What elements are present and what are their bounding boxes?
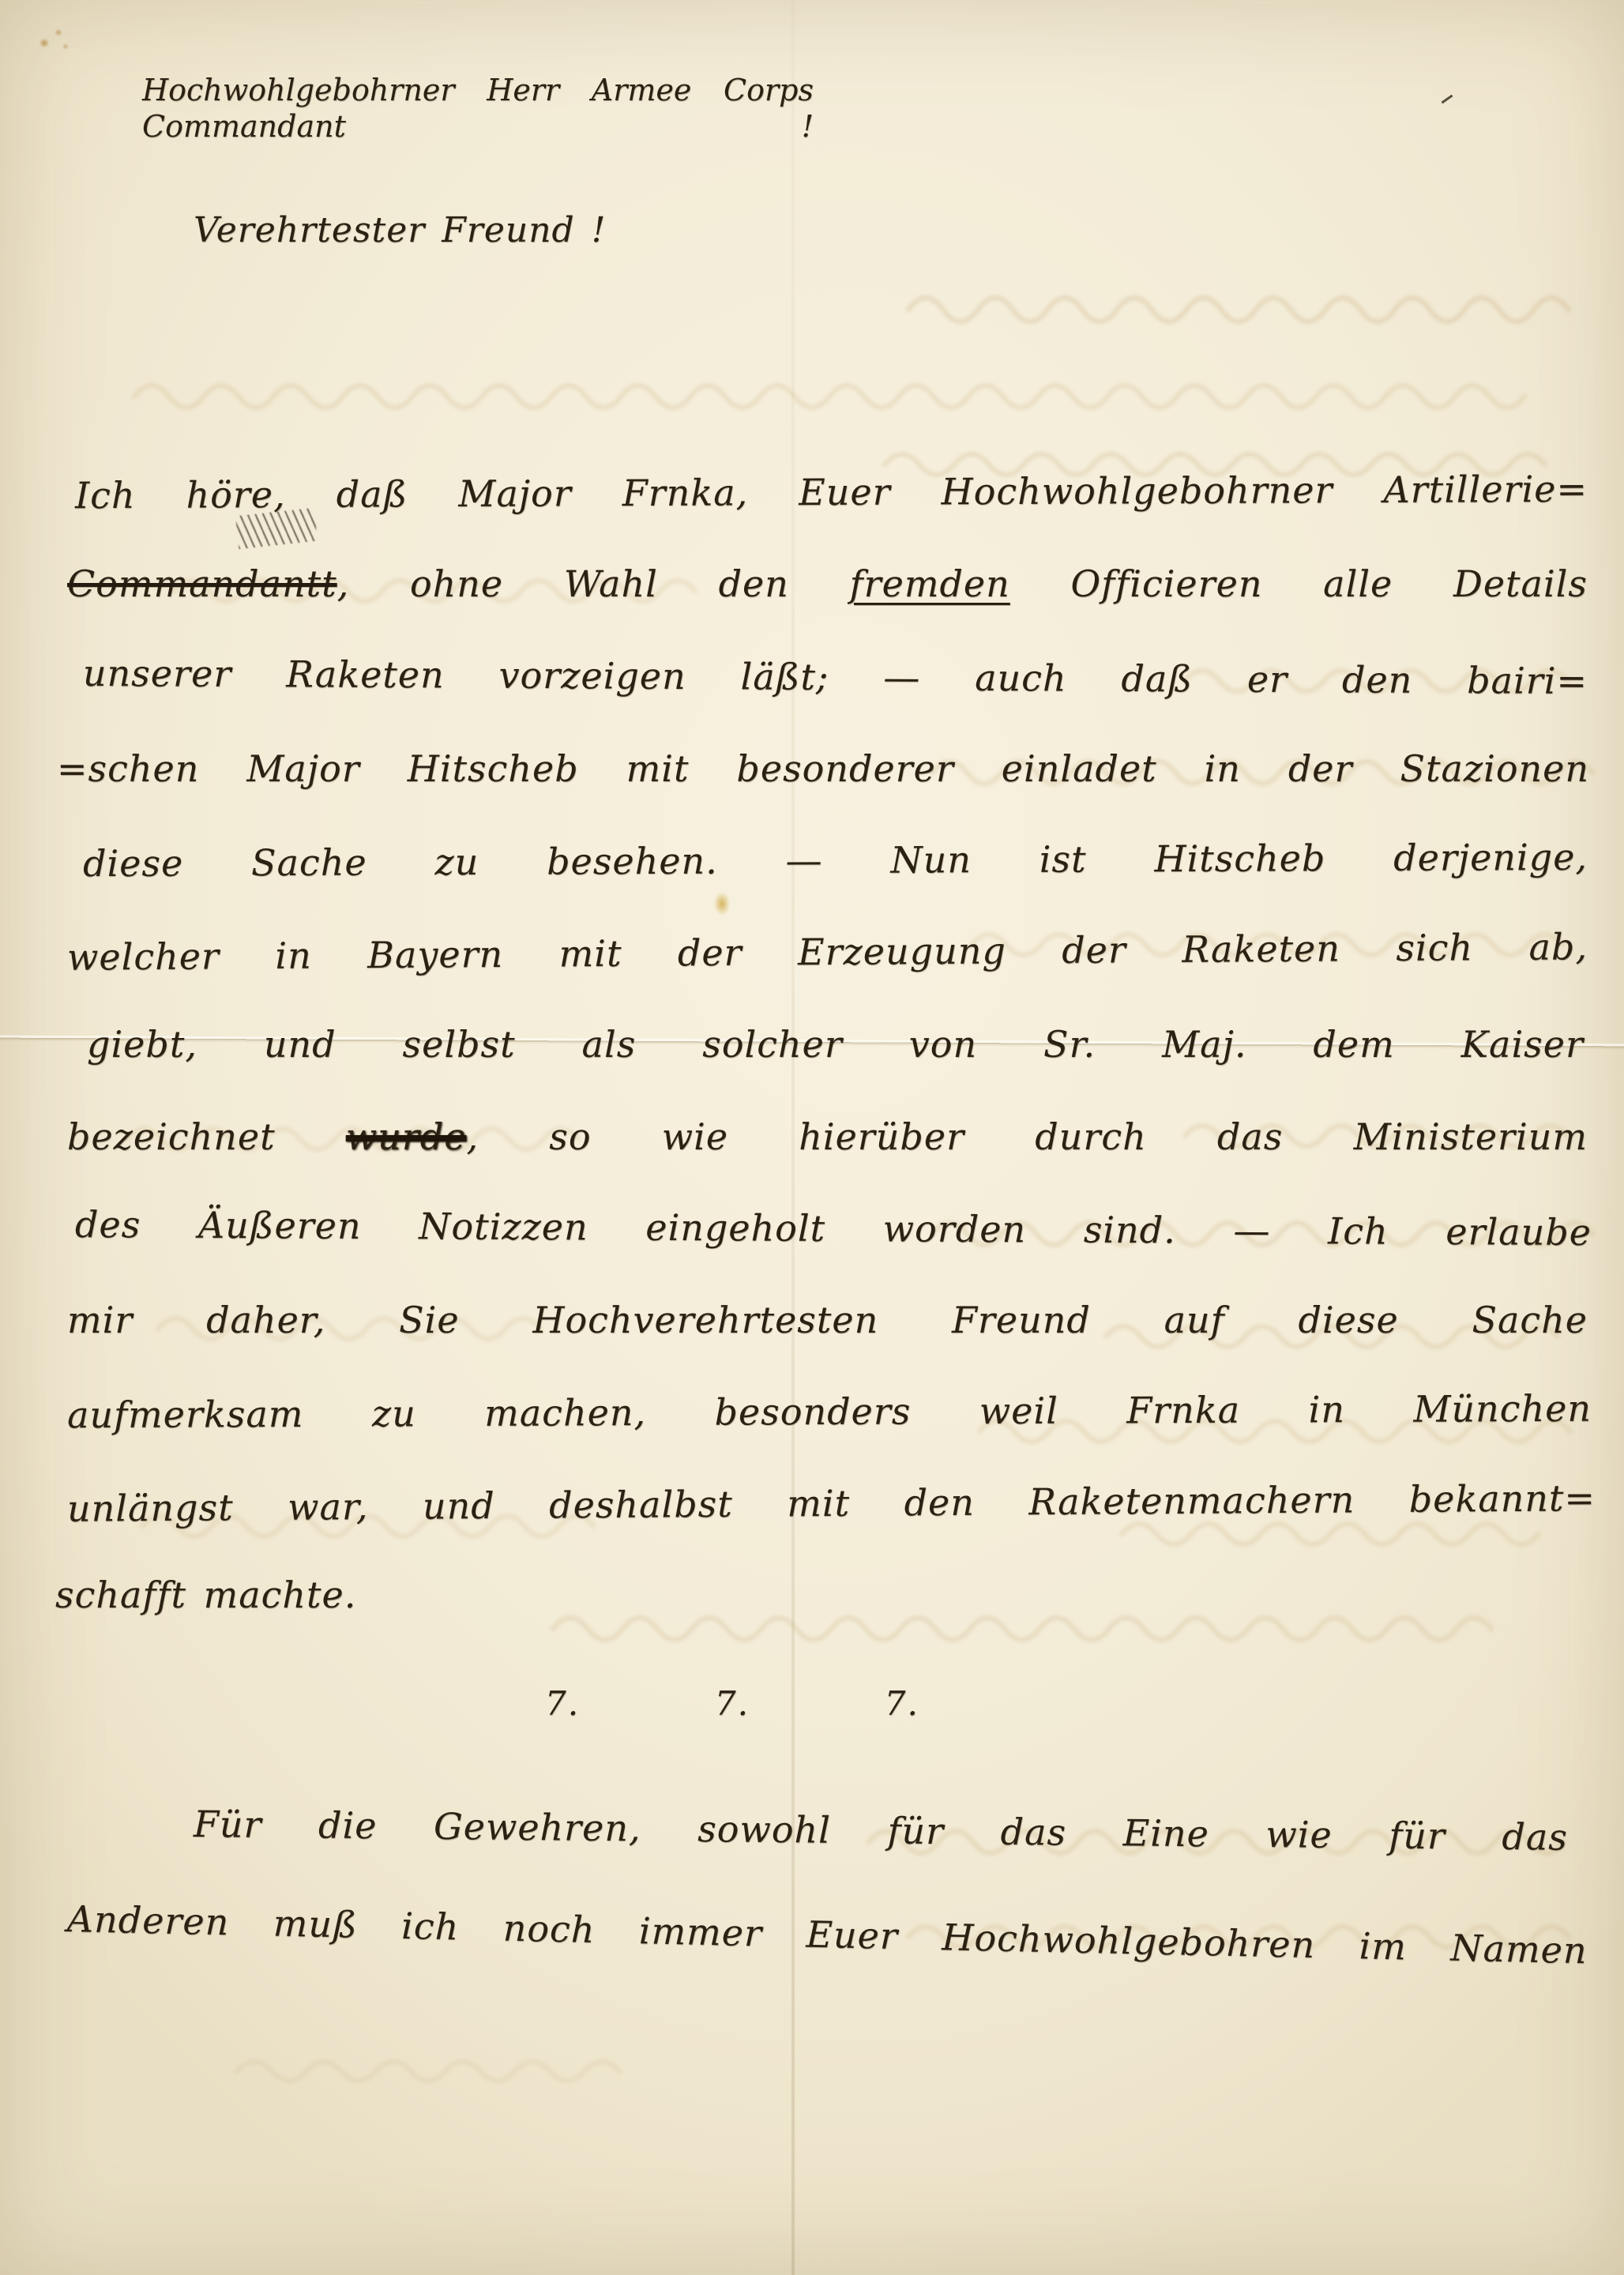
closing-line-1: Für die Gewehren, sowohl für das Eine wi… (194, 1803, 1568, 1859)
body-line-10: mir daher, Sie Hochverehrtesten Freund a… (67, 1299, 1588, 1342)
body-line-13: schafft machte. (55, 1574, 356, 1617)
heading-line: Hochwohlgebohrner Herr Armee Corps Comma… (142, 73, 814, 145)
closing-line-2: Anderen muß ich noch immer Euer Hochwohl… (66, 1897, 1588, 1972)
body-line-2: Commandantt, ohne Wahl den fremden Offic… (67, 562, 1588, 606)
body-line-6: welcher in Bayern mit der Erzeugung der … (67, 925, 1588, 980)
body-line-8-text-end: , so wie hierüber durch das Ministerium (466, 1115, 1588, 1158)
body-line-8: bezeichnet wurde, so wie hierüber durch … (67, 1115, 1588, 1159)
body-line-4: =schen Major Hitscheb mit besonderer ein… (57, 747, 1589, 791)
letter-page: Hochwohlgebohrner Herr Armee Corps Comma… (0, 0, 1624, 2275)
body-line-3: unserer Raketen vorzeigen läßt; — auch d… (83, 652, 1588, 703)
body-line-1: Ich höre, daß Major Frnka, Euer Hochwohl… (75, 468, 1588, 518)
body-line-8-text: bezeichnet (67, 1115, 346, 1158)
body-line-2-text-end: Officieren alle Details (1010, 562, 1588, 605)
ink-blot-yellow (705, 883, 739, 924)
underlined-word: fremden (850, 562, 1010, 605)
body-line-12: unlängst war, und deshalbst mit den Rake… (67, 1476, 1596, 1531)
crossed-out-word: Commandantt (67, 562, 337, 605)
body-line-9: des Äußeren Notizzen eingeholt worden si… (75, 1203, 1592, 1254)
blotted-word: wurde (346, 1115, 467, 1158)
body-line-7: giebt, und selbst als solcher von Sr. Ma… (87, 1023, 1584, 1066)
stain-top-left (30, 22, 77, 57)
edge-tick-mark (1442, 95, 1453, 104)
body-line-5: diese Sache zu besehen. — Nun ist Hitsch… (83, 836, 1588, 886)
body-line-2-text: , ohne Wahl den (337, 562, 850, 605)
salutation-line: Verehrtester Freund ! (194, 210, 565, 252)
etc-marks: 7. 7. 7. (545, 1684, 919, 1724)
body-line-11: aufmerksam zu machen, besonders weil Frn… (67, 1387, 1592, 1438)
